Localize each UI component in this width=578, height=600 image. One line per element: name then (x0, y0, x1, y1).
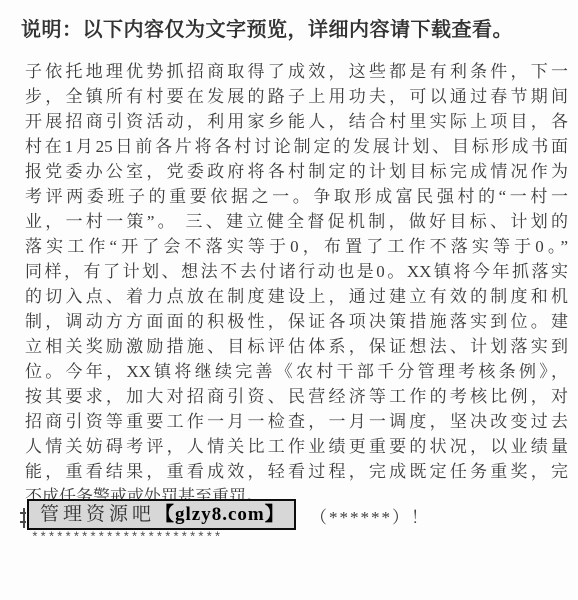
text-line: 开展招商引资活动，利用家乡能人，结合村里实际上项目，各 (25, 109, 568, 134)
document-preview-page: 说明：以下内容仅为文字预览，详细内容请下载查看。 子依托地理优势抓招商取得了成效… (0, 0, 578, 600)
text-line: 落实工作“开了会不落实等于0，布置了工作不落实等于0。” (25, 234, 568, 259)
document-body: 子依托地理优势抓招商取得了成效，这些都是有利条件，下一 步，全镇所有村要在发展的… (25, 59, 568, 509)
text-line: 招商引资等重要工作一月一检查，一月一调度，坚决改变过去 (25, 409, 568, 434)
text-line: 的切入点、着力点放在制度建设上，通过建立有效的制度和机 (25, 284, 568, 309)
text-line: 步，全镇所有村要在发展的路子上用功夫，可以通过春节期间 (25, 84, 568, 109)
watermark-site-name: 管理资源吧 (40, 504, 155, 525)
text-line: 人情关妨碍考评，人情关比工作业绩更重要的状况，以业绩量 (25, 434, 568, 459)
text-line: 能，重看结果，重看成效，轻看过程，完成既定任务重奖，完 (25, 459, 568, 484)
watermark-site-url: 【glzy8.com】 (155, 504, 285, 525)
text-line: 同样，有了计划、想法不去付诸行动也是0。XX镇将今年抓落实 (25, 259, 568, 284)
text-line: 子依托地理优势抓招商取得了成效，这些都是有利条件，下一 (25, 59, 568, 84)
obscured-character-fragment (20, 508, 26, 528)
watermark-box[interactable]: 管理资源吧【glzy8.com】 (27, 499, 296, 530)
text-line: 村在1月25日前各片将各村讨论制定的发展计划、目标形成书面 (25, 134, 568, 159)
text-line: 按其要求，加大对招商引资、民营经济等工作的考核比例，对 (25, 384, 568, 409)
preview-notice: 说明：以下内容仅为文字预览，详细内容请下载查看。 (21, 13, 570, 42)
text-line: 报党委办公室，党委政府将各村制定的计划目标完成情况作为 (25, 159, 568, 184)
text-line: 考评两委班子的重要依据之一。争取形成富民强村的“一村一 (25, 184, 568, 209)
text-line: 业，一村一策”。 三、建立健全督促机制，做好目标、计划的 (25, 209, 568, 234)
text-line: 位。今年，XX镇将继续完善《农村干部千分管理考核条例》， (25, 359, 568, 384)
trailing-dots: *********************** (31, 530, 222, 545)
text-line: 立相关奖励激励措施、目标评估体系，保证想法、计划落实到 (25, 334, 568, 359)
masked-text-suffix: （******）！ (310, 503, 430, 528)
text-line: 制，调动方方面面的积极性，保证各项决策措施落实到位。建 (25, 309, 568, 334)
